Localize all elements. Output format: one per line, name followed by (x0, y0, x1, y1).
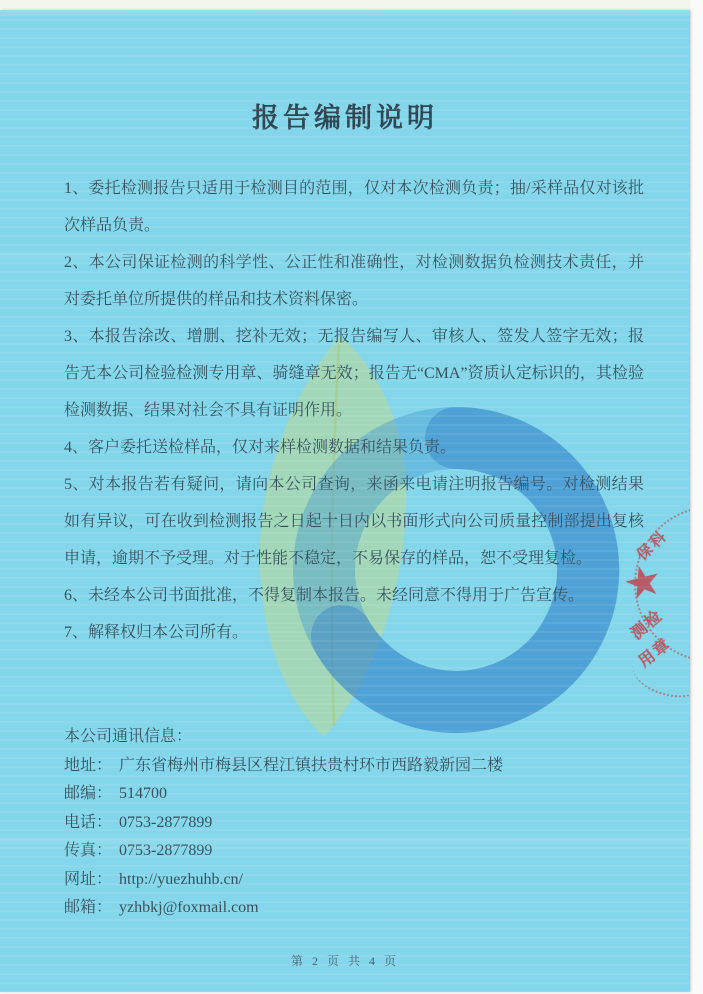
contact-row-website: 网址：http://yuezhuhb.cn/ (64, 866, 624, 895)
contact-row-fax: 传真：0753-2877899 (64, 837, 624, 866)
note-item-7: 7、解释权归本公司所有。 (64, 614, 644, 651)
contact-value: 0753-2877899 (119, 842, 212, 859)
seal-stamp: 保科 ★ 测检 用章 (626, 502, 690, 680)
note-item-1: 1、委托检测报告只适用于检测目的范围，仅对本次检测负责；抽/采样品仅对该批次样品… (64, 170, 644, 244)
contact-value: 514700 (119, 785, 167, 802)
contact-label: 网址： (64, 871, 112, 888)
document-page: 报告编制说明 1、委托检测报告只适用于检测目的范围，仅对本次检测负责；抽/采样品… (0, 10, 690, 992)
contact-row-address: 地址：广东省梅州市梅县区程江镇扶贵村环市西路毅新园二楼 (64, 752, 624, 781)
contact-value: http://yuezhuhb.cn/ (119, 871, 243, 888)
note-item-6: 6、未经本公司书面批准，不得复制本报告。未经同意不得用于广告宣传。 (64, 577, 644, 614)
contact-row-email: 邮箱：yzhbkj@foxmail.com (64, 894, 624, 923)
contact-row-phone: 电话：0753-2877899 (64, 809, 624, 838)
note-item-5: 5、对本报告若有疑问，请向本公司查询，来函来电请注明报告编号。对检测结果如有异议… (64, 466, 644, 577)
note-item-4: 4、客户委托送检样品，仅对来样检测数据和结果负责。 (64, 429, 644, 466)
contact-value: yzhbkj@foxmail.com (119, 899, 259, 916)
contact-label: 电话： (64, 814, 112, 831)
contact-value: 广东省梅州市梅县区程江镇扶贵村环市西路毅新园二楼 (119, 757, 503, 774)
contact-info: 本公司通讯信息： 地址：广东省梅州市梅县区程江镇扶贵村环市西路毅新园二楼 邮编：… (64, 723, 624, 923)
notes-list: 1、委托检测报告只适用于检测目的范围，仅对本次检测负责；抽/采样品仅对该批次样品… (64, 170, 644, 651)
contact-label: 邮编： (64, 785, 112, 802)
scanner-background-right (690, 0, 703, 994)
scanner-background-top (0, 0, 703, 10)
page-title: 报告编制说明 (0, 96, 690, 135)
contact-label: 地址： (64, 757, 112, 774)
note-item-3: 3、本报告涂改、增删、挖补无效；无报告编写人、审核人、签发人签字无效；报告无本公… (64, 318, 644, 429)
page-footer: 第 2 页 共 4 页 (0, 952, 690, 969)
contact-label: 邮箱： (64, 899, 112, 916)
contact-label: 传真： (64, 842, 112, 859)
contact-value: 0753-2877899 (119, 814, 212, 831)
contact-row-postcode: 邮编：514700 (64, 780, 624, 809)
scanned-report-page: 报告编制说明 1、委托检测报告只适用于检测目的范围，仅对本次检测负责；抽/采样品… (0, 0, 703, 994)
note-item-2: 2、本公司保证检测的科学性、公正性和准确性，对检测数据负检测技术责任，并对委托单… (64, 244, 644, 318)
contact-heading: 本公司通讯信息： (64, 723, 624, 752)
